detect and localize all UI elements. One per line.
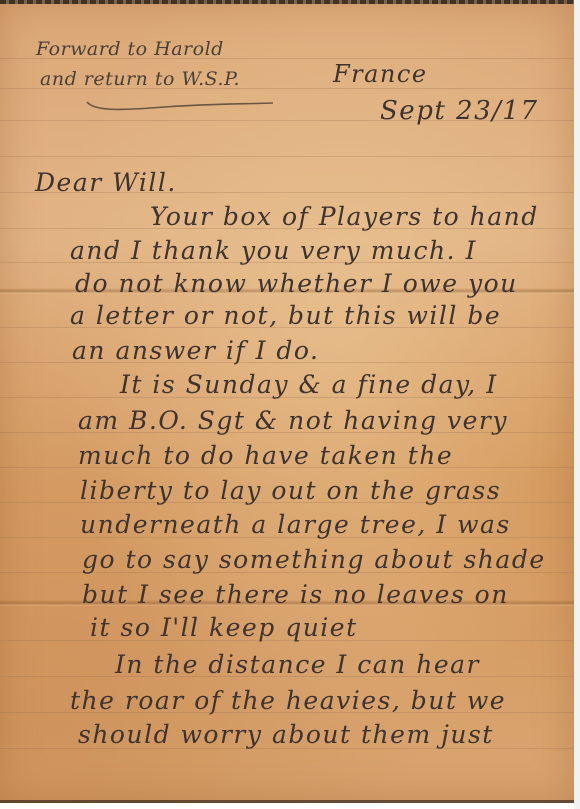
body-line: am B.O. Sgt & not having very [78,408,508,433]
body-line: and I thank you very much. I [70,238,477,263]
body-line: much to do have taken the [78,443,453,468]
body-line: It is Sunday & a fine day, I [120,372,498,397]
body-line: an answer if I do. [72,338,319,363]
ruled-line [0,156,574,157]
body-line: a letter or not, but this will be [70,303,501,328]
body-line: liberty to lay out on the grass [80,478,501,503]
bottom-edge [0,800,574,803]
letter-page: Forward to Harold and return to W.S.P. F… [0,0,574,803]
body-line: underneath a large tree, I was [80,512,511,537]
body-line: it so I'll keep quiet [90,615,358,640]
location: France [333,62,428,86]
scan-background-edge [574,0,580,809]
body-line: go to say something about shade [82,547,546,572]
body-line: do not know whether I owe you [75,271,518,296]
torn-top-edge [0,0,574,4]
pencil-underline [85,98,275,112]
salutation: Dear Will. [35,170,177,195]
date: Sept 23/17 [380,98,538,124]
margin-note-line-1: Forward to Harold [36,40,224,59]
body-line: should worry about them just [78,722,494,747]
margin-note-line-2: and return to W.S.P. [40,70,240,89]
body-line: but I see there is no leaves on [82,582,509,607]
body-line: Your box of Players to hand [150,204,539,229]
body-line: In the distance I can hear [115,652,480,677]
body-line: the roar of the heavies, but we [70,688,506,713]
